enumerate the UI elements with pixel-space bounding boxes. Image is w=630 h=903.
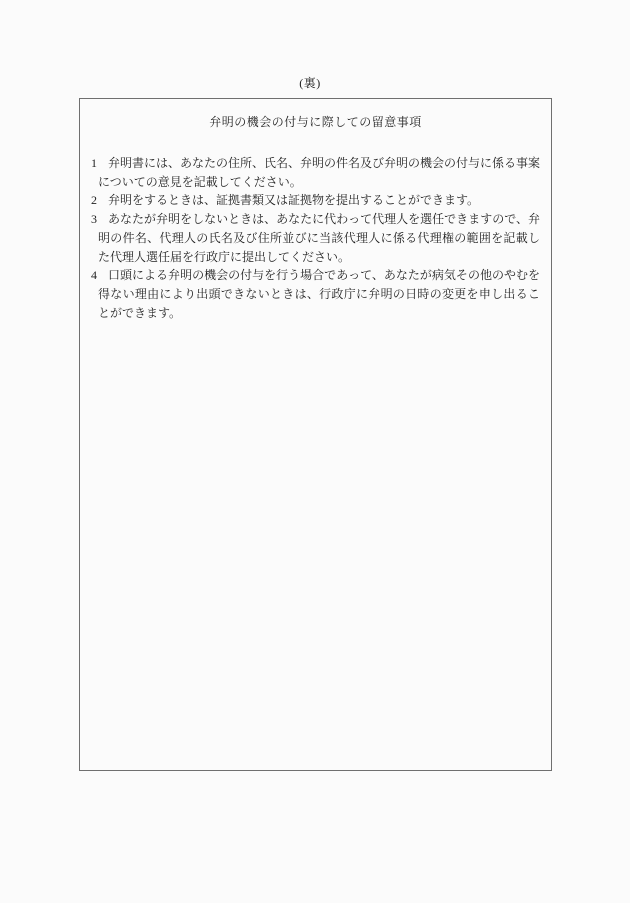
item-2-number: 2: [91, 193, 97, 207]
notice-item-list: 1弁明書には、あなたの住所、氏名、弁明の件名及び弁明の機会の付与に係る事案につい…: [91, 154, 540, 322]
notice-item-4: 4口頭による弁明の機会の付与を行う場合であって、あなたが病気その他のやむを得ない…: [98, 266, 540, 322]
item-1-text: 弁明書には、あなたの住所、氏名、弁明の件名及び弁明の機会の付与に係る事案について…: [98, 156, 540, 189]
notice-item-2: 2弁明をするときは、証拠書類又は証拠物を提出することができます。: [98, 191, 540, 210]
notice-item-1: 1弁明書には、あなたの住所、氏名、弁明の件名及び弁明の機会の付与に係る事案につい…: [98, 154, 540, 191]
page-side-label: (裏): [0, 74, 620, 91]
notice-title: 弁明の機会の付与に際しての留意事項: [80, 99, 551, 132]
notice-box: 弁明の機会の付与に際しての留意事項 1弁明書には、あなたの住所、氏名、弁明の件名…: [79, 98, 552, 771]
item-2-text: 弁明をするときは、証拠書類又は証拠物を提出することができます。: [108, 193, 479, 207]
notice-item-3: 3あなたが弁明をしないときは、あなたに代わって代理人を選任できますので、弁明の件…: [98, 210, 540, 266]
item-1-number: 1: [91, 156, 97, 170]
item-3-number: 3: [91, 212, 97, 226]
item-4-number: 4: [91, 268, 97, 282]
item-3-text: あなたが弁明をしないときは、あなたに代わって代理人を選任できますので、弁明の件名…: [98, 212, 540, 263]
item-4-text: 口頭による弁明の機会の付与を行う場合であって、あなたが病気その他のやむを得ない理…: [98, 268, 540, 319]
